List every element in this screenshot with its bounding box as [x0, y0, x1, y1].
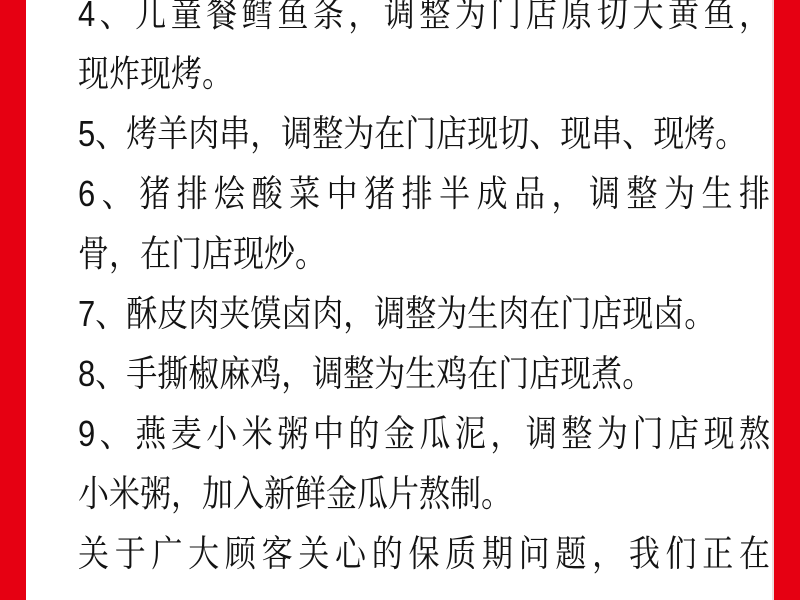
red-border-left — [0, 0, 26, 600]
red-border-right — [772, 0, 800, 600]
announcement-line-closing: 关于广大顾客关心的保质期问题，我们正在 — [78, 519, 770, 590]
announcement-page: 4、儿童餐鳕鱼条，调整为门店原切大黄鱼， 现炸现烤。 5、烤羊肉串，调整为在门店… — [0, 0, 800, 600]
announcement-text-block: 4、儿童餐鳕鱼条，调整为门店原切大黄鱼， 现炸现烤。 5、烤羊肉串，调整为在门店… — [78, 0, 770, 584]
